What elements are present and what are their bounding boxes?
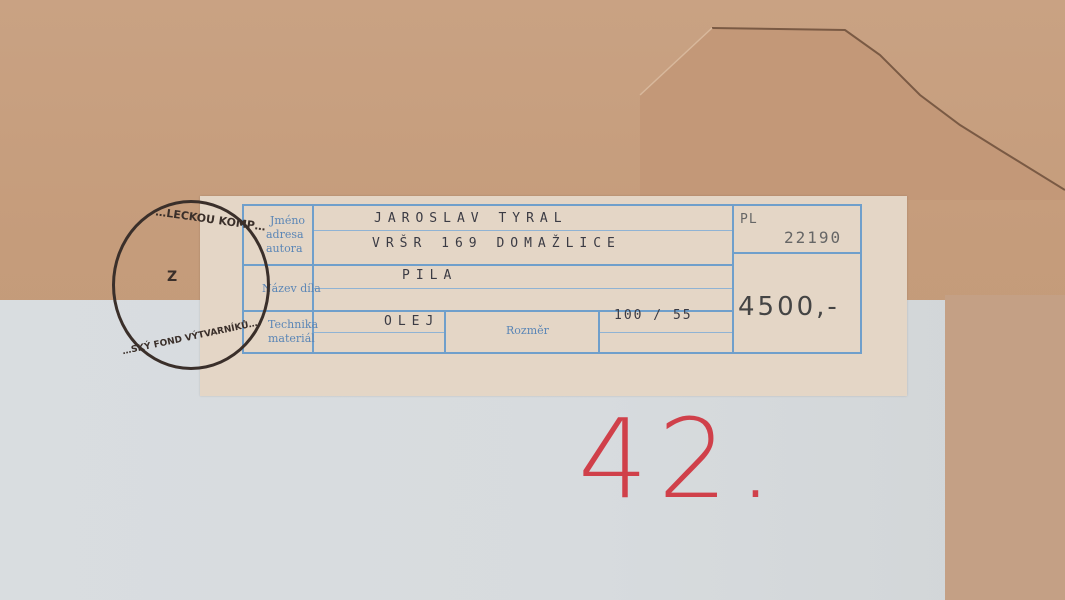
- stamp-bottom-text: …SKÝ FOND VÝTVARNÍKŮ…: [121, 319, 258, 357]
- artwork-size: 100 / 55: [614, 308, 693, 323]
- label-nazev-dila: Název díla: [262, 282, 321, 295]
- stamp-center-mark: Z: [167, 269, 177, 285]
- grid-divider: [732, 206, 734, 352]
- grid-divider: [244, 264, 732, 266]
- label-rozmer: Rozměr: [506, 324, 549, 337]
- exhibition-label: Jméno adresa autora Název díla Technika …: [200, 196, 907, 396]
- label-jmeno: Jméno: [270, 214, 305, 227]
- label-grid: Jméno adresa autora Název díla Technika …: [242, 204, 862, 354]
- author-name: JAROSLAV TYRAL: [374, 211, 568, 226]
- artwork-technique: OLEJ: [384, 314, 439, 329]
- catalog-prefix: PL: [740, 212, 758, 227]
- grid-rule: [314, 288, 732, 289]
- grid-rule: [314, 332, 444, 333]
- grid-rule: [314, 230, 732, 231]
- cardboard-edge: [945, 295, 1065, 600]
- grid-rule: [600, 332, 732, 333]
- torn-flap: [0, 0, 1065, 200]
- author-address: VRŠR 169 DOMAŽLICE: [372, 236, 621, 251]
- grid-divider: [444, 310, 446, 352]
- label-adresa: adresa: [266, 228, 304, 241]
- grid-divider: [598, 310, 600, 352]
- price: 4500,-: [738, 292, 840, 322]
- round-stamp: …LECKOU KOMP… Z …SKÝ FOND VÝTVARNÍKŮ…: [112, 200, 270, 370]
- label-material: materiál: [268, 332, 315, 345]
- label-autora: autora: [266, 242, 303, 255]
- marker-number: 42.: [578, 395, 783, 523]
- artwork-title: PILA: [402, 268, 457, 283]
- grid-divider: [732, 252, 862, 254]
- label-technika: Technika: [268, 318, 318, 331]
- catalog-number: 22190: [784, 228, 842, 247]
